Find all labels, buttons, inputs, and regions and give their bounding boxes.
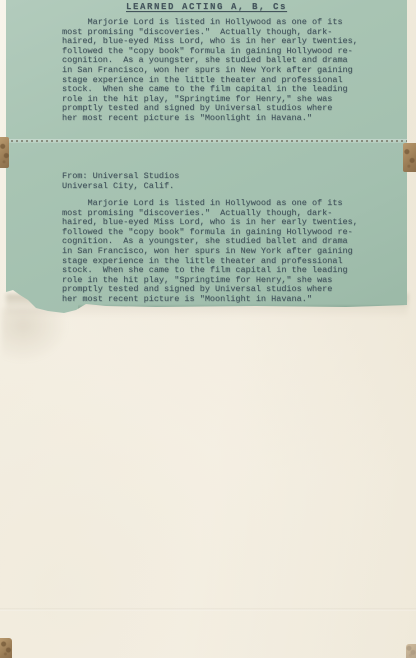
scrapbook-page: LEARNED ACTING A, B, Cs Marjorie Lord is… — [0, 0, 416, 658]
photo-corner-bottom-left — [0, 638, 12, 658]
photo-corner-left — [0, 137, 9, 168]
backing-page-crease — [0, 608, 416, 611]
clipping-body-top: Marjorie Lord is listed in Hollywood as … — [62, 18, 358, 124]
clipping-headline: LEARNED ACTING A, B, Cs — [6, 2, 407, 12]
photo-corner-right — [403, 143, 416, 172]
clipping-sender-address: From: Universal Studios Universal City, … — [62, 171, 179, 191]
perforation-line — [6, 139, 407, 143]
paper-stain — [2, 308, 72, 366]
clipping-body-bottom: Marjorie Lord is listed in Hollywood as … — [62, 199, 358, 305]
photo-corner-bottom-right — [406, 644, 416, 658]
press-clipping-slip: LEARNED ACTING A, B, Cs Marjorie Lord is… — [6, 0, 407, 313]
